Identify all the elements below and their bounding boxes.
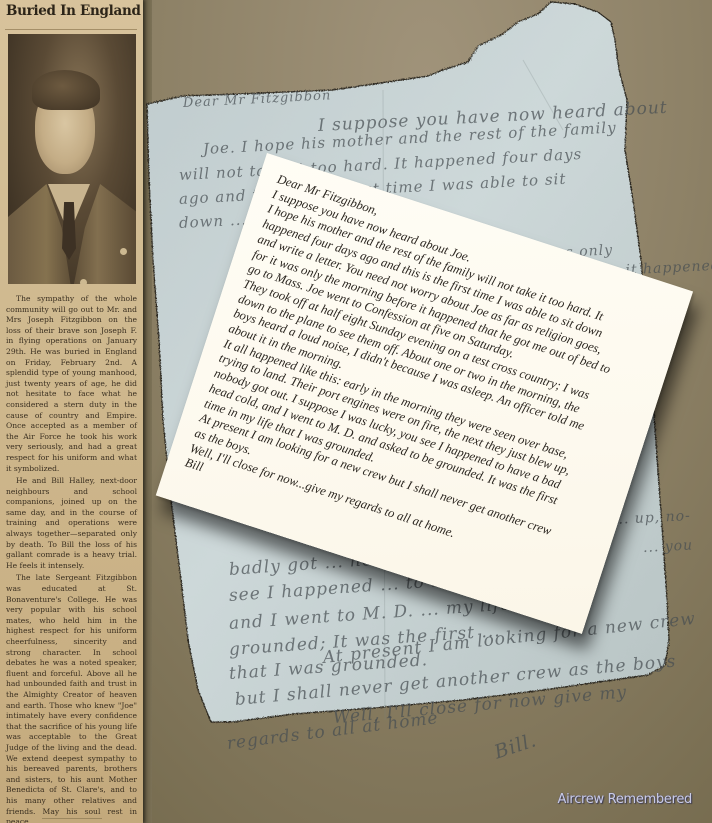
clipping-paragraph: The late Sergeant Fitzgibbon was educate… — [6, 573, 137, 823]
photo-button — [80, 279, 87, 284]
watermark: Aircrew Remembered — [558, 792, 692, 807]
headline-rule — [5, 29, 137, 30]
photo-tie — [62, 202, 76, 260]
photo-hair — [32, 70, 100, 110]
newspaper-clipping: Buried In England The sympathy of the wh… — [0, 0, 143, 823]
clipping-paragraph: He and Bill Halley, next-door neighbours… — [6, 476, 137, 571]
clipping-article: The sympathy of the whole community will… — [6, 294, 137, 823]
clipping-headline: Buried In England — [6, 3, 140, 19]
portrait-photo — [8, 34, 136, 284]
photo-button — [120, 248, 127, 255]
clipping-paragraph: The sympathy of the whole community will… — [6, 294, 137, 474]
handwritten-line: ... you — [643, 537, 694, 556]
clipping-end-rule — [42, 818, 102, 819]
